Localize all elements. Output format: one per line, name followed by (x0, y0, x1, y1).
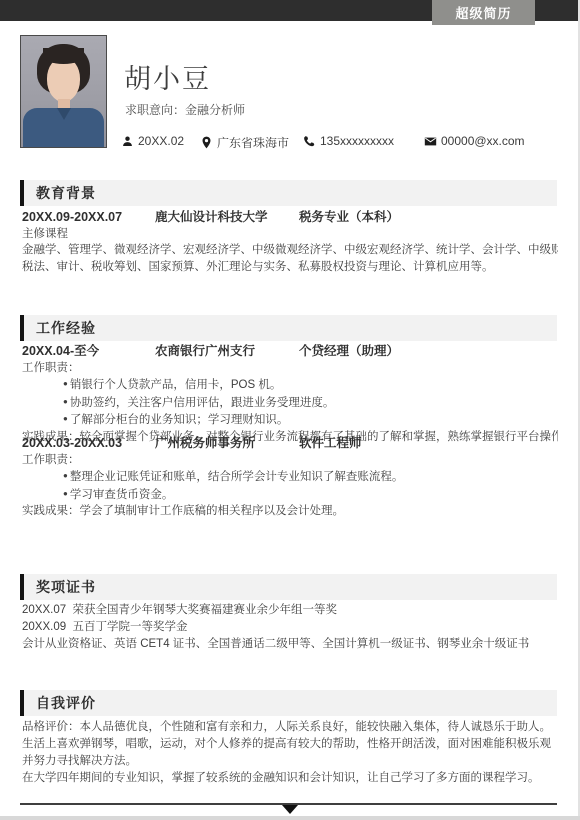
phone-icon (303, 135, 316, 148)
experience-entry-1: 20XX.04-至今 农商银行广州支行 个贷经理（助理） 工作职责： 销银行个人… (22, 343, 558, 445)
evaluation-paragraph: 在大学四年期间的专业知识，掌握了较系统的金融知识和会计知识，让自己学习了多方面的… (22, 770, 558, 787)
contact-birth: 20XX.02 (121, 134, 184, 148)
education-row: 20XX.09-20XX.07 鹿大仙设计科技大学 税务专业（本科） (22, 209, 558, 226)
section-accent-bar (20, 574, 24, 600)
experience-role: 个贷经理（助理） (299, 343, 399, 360)
duty-item: 学习审查货币资金。 (63, 486, 558, 504)
award-line: 20XX.07 荣获全国青少年钢琴大奖赛福建赛业余少年组一等奖 (22, 602, 558, 619)
award-line: 20XX.09 五百丁学院一等奖学金 (22, 619, 558, 636)
resume-page: 超级简历 胡小豆 求职意向：金融分析师 20XX.02 广东省珠海市 135xx… (0, 0, 580, 820)
contact-email-text: 00000@xx.com (441, 134, 525, 148)
experience-row: 20XX.04-至今 农商银行广州支行 个贷经理（助理） (22, 343, 558, 360)
awards-content: 20XX.07 荣获全国青少年钢琴大奖赛福建赛业余少年组一等奖 20XX.09 … (22, 602, 558, 653)
contact-phone-text: 135xxxxxxxxx (320, 134, 394, 148)
experience-company: 广州税务师事务所 (155, 435, 299, 452)
job-intent: 求职意向：金融分析师 (125, 101, 245, 118)
person-icon (121, 135, 134, 148)
photo-fringe-shape (43, 48, 84, 64)
footer-arrow-icon (282, 805, 298, 814)
section-accent-bar (20, 180, 24, 206)
experience-date: 20XX.03-20XX.03 (22, 435, 155, 452)
email-icon (424, 135, 437, 148)
contact-birth-text: 20XX.02 (138, 134, 184, 148)
experience-company: 农商银行广州支行 (155, 343, 299, 360)
contact-location: 广东省珠海市 (200, 134, 289, 151)
section-title: 教育背景 (36, 183, 96, 203)
experience-role: 软件工程师 (299, 435, 362, 452)
contact-email: 00000@xx.com (424, 134, 525, 148)
section-header-education: 教育背景 (20, 180, 557, 206)
courses-label: 主修课程 (22, 226, 558, 243)
duty-item: 整理企业记账凭证和账单，结合所学会计专业知识了解查账流程。 (63, 468, 558, 486)
section-header-evaluation: 自我评价 (20, 690, 557, 716)
candidate-name: 胡小豆 (124, 57, 211, 96)
page-edge-bottom (0, 816, 580, 820)
evaluation-content: 品格评价：本人品德优良，个性随和富有亲和力，人际关系良好，能较快融入集体，待人诚… (22, 719, 558, 787)
award-line: 会计从业资格证、英语 CET4 证书、全国普通话二级甲等、全国计算机一级证书、钢… (22, 636, 558, 653)
duty-item: 协助签约，关注客户信用评估，跟进业务受理进度。 (63, 394, 558, 412)
section-title: 工作经验 (36, 318, 96, 338)
experience-outcome: 实践成果：学会了填制审计工作底稿的相关程序以及会计处理。 (22, 503, 558, 520)
experience-date: 20XX.04-至今 (22, 343, 155, 360)
evaluation-paragraph: 品格评价：本人品德优良，个性随和富有亲和力，人际关系良好，能较快融入集体，待人诚… (22, 719, 558, 770)
location-icon (200, 136, 213, 149)
courses-line-2: 税法、审计、税收筹划、国家预算、外汇理论与实务、私募股权投资与理论、计算机应用等… (22, 259, 558, 276)
section-title: 奖项证书 (36, 577, 96, 597)
courses-line-1: 金融学、管理学、微观经济学、宏观经济学、中级微观经济学、中级宏观经济学、统计学、… (22, 242, 558, 259)
experience-row: 20XX.03-20XX.03 广州税务师事务所 软件工程师 (22, 435, 558, 452)
education-major: 税务专业（本科） (299, 209, 399, 226)
duty-item: 销银行个人贷款产品，信用卡，POS 机。 (63, 376, 558, 394)
education-content: 20XX.09-20XX.07 鹿大仙设计科技大学 税务专业（本科） 主修课程 … (22, 209, 558, 275)
duty-item: 了解部分柜台的业务知识；学习理财知识。 (63, 411, 558, 429)
brand-badge: 超级简历 (432, 0, 535, 25)
duties-label: 工作职责： (22, 360, 558, 377)
section-header-awards: 奖项证书 (20, 574, 557, 600)
duties-label: 工作职责： (22, 452, 558, 469)
section-accent-bar (20, 315, 24, 341)
duties-list: 销银行个人贷款产品，信用卡，POS 机。 协助签约，关注客户信用评估，跟进业务受… (22, 376, 558, 429)
contact-location-text: 广东省珠海市 (217, 134, 289, 151)
profile-photo (20, 35, 107, 148)
section-accent-bar (20, 690, 24, 716)
section-title: 自我评价 (36, 693, 96, 713)
section-header-experience: 工作经验 (20, 315, 557, 341)
contact-phone: 135xxxxxxxxx (303, 134, 394, 148)
duties-list: 整理企业记账凭证和账单，结合所学会计专业知识了解查账流程。 学习审查货币资金。 (22, 468, 558, 503)
experience-entry-2: 20XX.03-20XX.03 广州税务师事务所 软件工程师 工作职责： 整理企… (22, 435, 558, 520)
education-school: 鹿大仙设计科技大学 (155, 209, 299, 226)
education-date: 20XX.09-20XX.07 (22, 209, 155, 226)
photo-face-shape (47, 58, 80, 102)
